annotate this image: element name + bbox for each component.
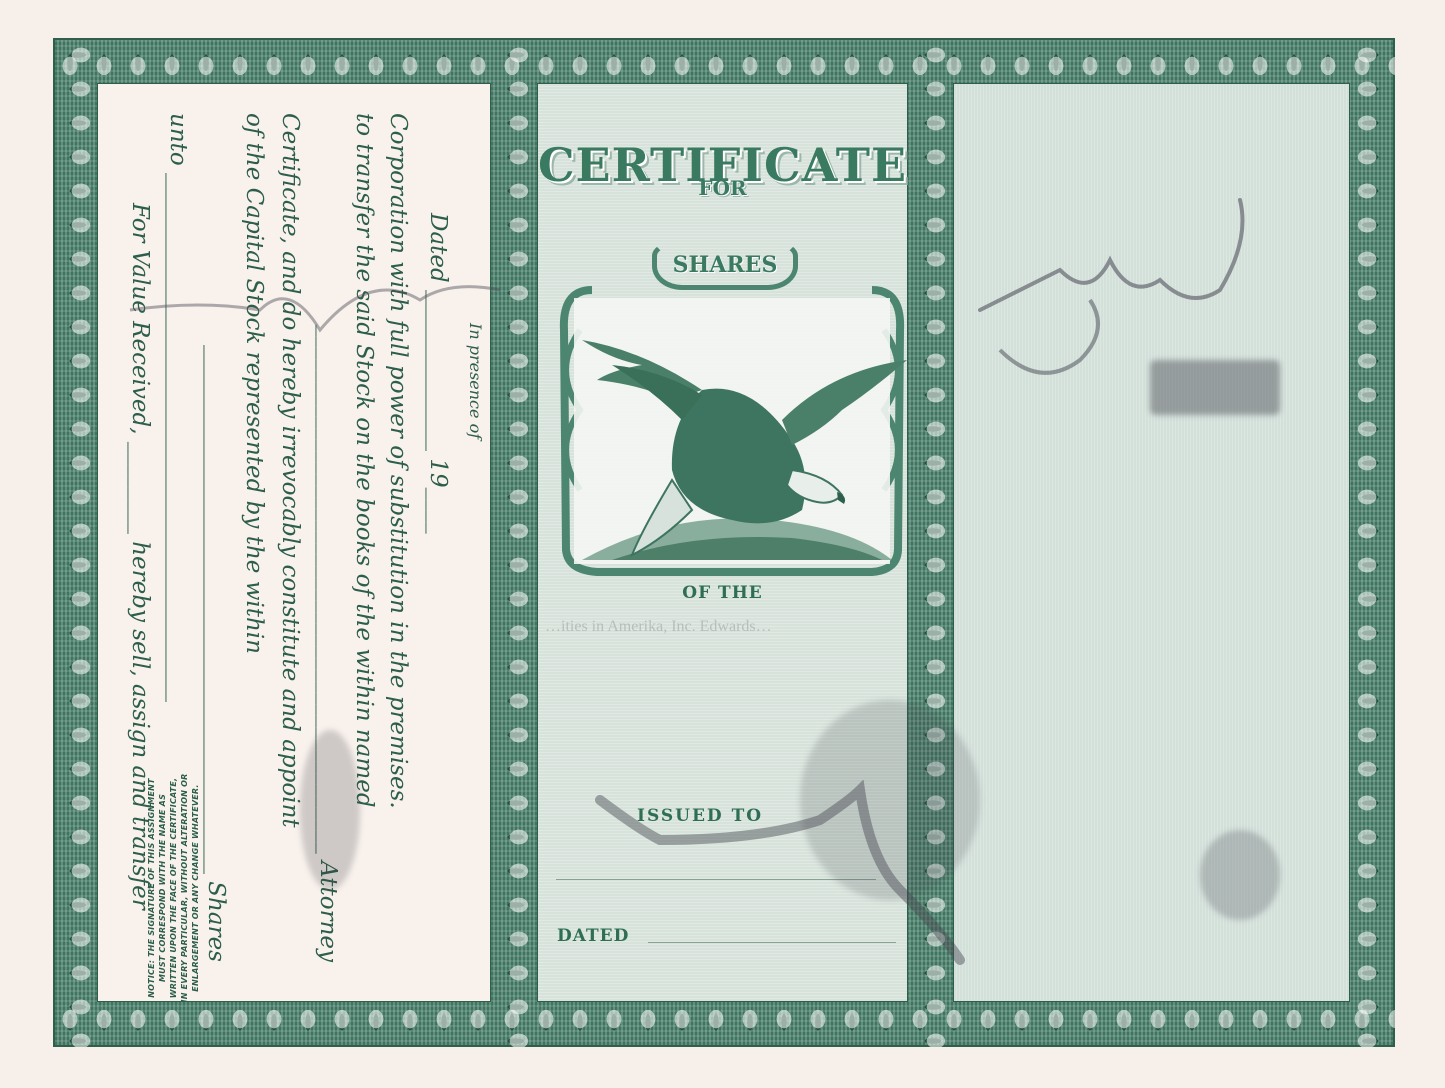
eagle-vignette [552,270,912,588]
dated-label: DATED [557,926,629,946]
assignment-line-3: ________________________________________… [203,113,229,962]
issued-to-label: ISSUED TO [637,806,763,826]
assignment-in-presence: In presence of [466,323,485,962]
issued-to-field[interactable] [556,879,876,880]
for-label: FOR [537,176,908,200]
assignment-form: For Value Received, ________ hereby sell… [97,83,491,1002]
blank-panel [953,83,1350,1002]
bleed-through-text: …ities in Amerika, Inc. Edwards… [545,618,1085,636]
assignment-notice: NOTICE: THE SIGNATURE OF THIS ASSIGNMENT… [146,773,201,1002]
assignment-line-6: ________________________________________… [315,113,341,962]
dated-field[interactable] [648,942,896,943]
assignment-line-8: Corporation with full power of substitut… [385,113,411,962]
assignment-line-5: Certificate, and do hereby irrevocably c… [277,113,303,962]
assignment-dated: Dated ______________ 19____ [425,213,451,962]
assignment-line-4: of the Capital Stock represented by the … [241,113,267,962]
of-the-label: OF THE [537,583,908,603]
assignment-line-7: to transfer the said Stock on the books … [351,113,377,962]
